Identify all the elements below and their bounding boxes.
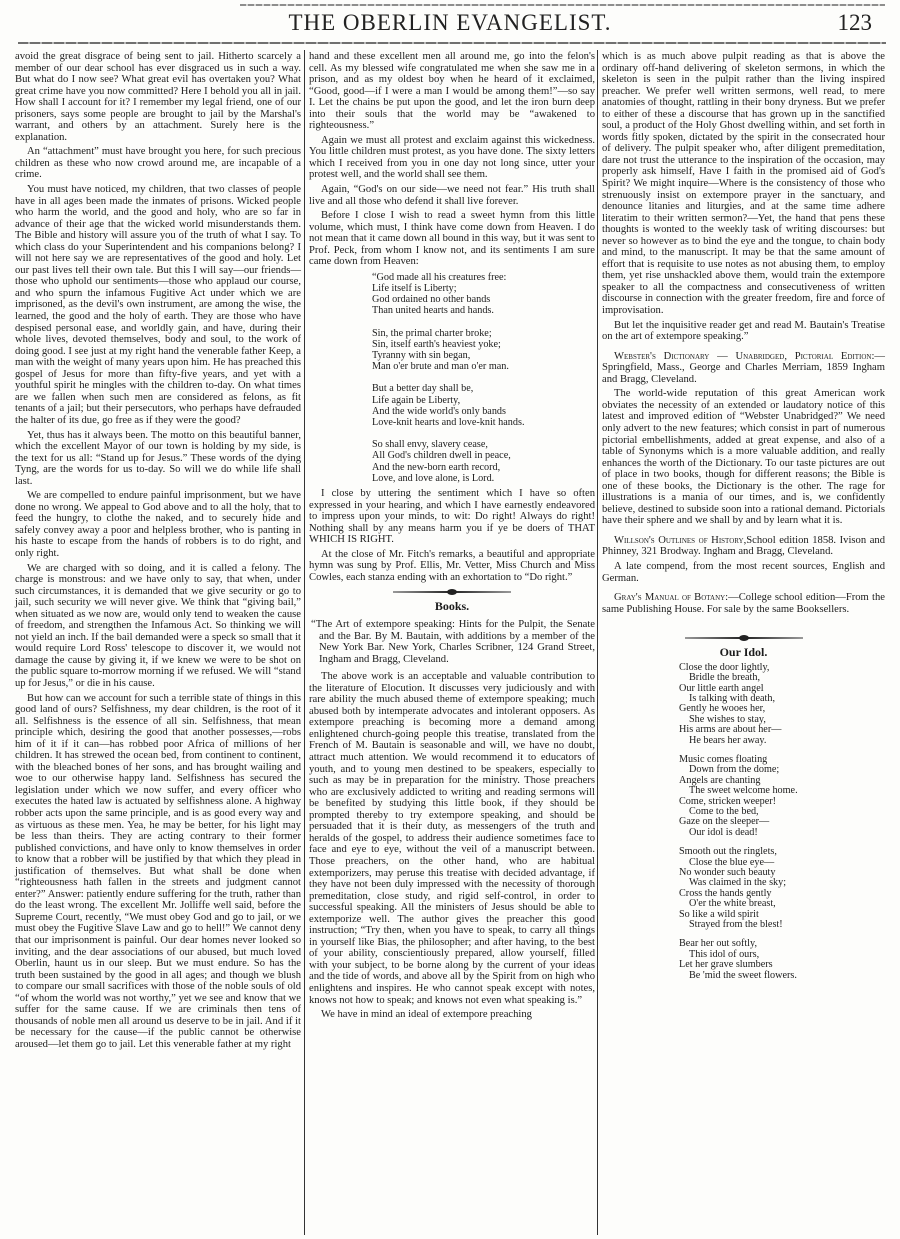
poem-stanza: Music comes floating Down from the dome;…	[679, 755, 885, 838]
paragraph: You must have noticed, my children, that…	[15, 184, 301, 426]
paragraph: At the close of Mr. Fitch's remarks, a b…	[309, 549, 595, 584]
paragraph: Before I close I wish to read a sweet hy…	[309, 210, 595, 268]
book-listing: Gray's Manual of Botany:—College school …	[602, 592, 885, 615]
verse-line: He bears her away.	[679, 736, 885, 746]
paragraph: Yet, thus has it always been. The motto …	[15, 430, 301, 488]
paragraph: We have in mind an ideal of extempore pr…	[309, 1009, 595, 1021]
verse-line: Sin, itself earth's heaviest yoke;	[372, 339, 595, 350]
column-3: which is as much above pulpit reading as…	[602, 51, 885, 990]
hymn-stanza: “God made all his creatures free: Life i…	[372, 272, 595, 317]
verse-line: Than united hearts and hands.	[372, 305, 595, 316]
paragraph: Again we must all protest and exclaim ag…	[309, 135, 595, 181]
verse-line: Love-knit hearts and love-knit hands.	[372, 417, 595, 428]
paragraph: But let the inquisitive reader get and r…	[602, 320, 885, 343]
masthead-bottom-rule	[18, 42, 886, 44]
hymn-stanza: But a better day shall be, Life again be…	[372, 383, 595, 428]
paragraph: Again, “God's on our side—we need not fe…	[309, 184, 595, 207]
column-2: hand and these excellent men all around …	[309, 51, 595, 1024]
verse-line: All God's children dwell in peace,	[372, 450, 595, 461]
paragraph: I close by uttering the sentiment which …	[309, 488, 595, 546]
book-listing: Webster's Dictionary — Unabridged, Picto…	[602, 351, 885, 386]
masthead: THE OBERLIN EVANGELIST. 123	[0, 0, 900, 48]
verse-line: Strayed from the blest!	[679, 920, 885, 930]
section-divider	[393, 591, 511, 593]
book-title: Willson's Outlines of History,	[614, 535, 746, 546]
section-divider	[685, 637, 803, 639]
poem-stanza: Bear her out softly, This idol of ours, …	[679, 939, 885, 981]
paragraph: We are compelled to endure painful impri…	[15, 490, 301, 559]
paragraph: A late compend, from the most recent sou…	[602, 561, 885, 584]
paragraph: The world-wide reputation of this great …	[602, 388, 885, 527]
column-1: avoid the great disgrace of being sent t…	[15, 51, 301, 1053]
verse-line: Be 'mid the sweet flowers.	[679, 971, 885, 981]
verse-line: And the new-born earth record,	[372, 462, 595, 473]
verse-line: Man o'er brute and man o'er man.	[372, 361, 595, 372]
paragraph: An “attachment” must have brought you he…	[15, 146, 301, 181]
verse-line: And the wide world's only bands	[372, 406, 595, 417]
masthead-top-rule	[240, 4, 885, 6]
verse-line: Life itself is Liberty;	[372, 283, 595, 294]
newspaper-title: THE OBERLIN EVANGELIST.	[0, 10, 900, 36]
book-listing: “The Art of extempore speaking: Hints fo…	[309, 619, 595, 665]
verse-line: Our idol is dead!	[679, 828, 885, 838]
verse-line: So shall envy, slavery cease,	[372, 439, 595, 450]
book-title: Gray's Manual of Botany:	[614, 592, 728, 603]
verse-line: But a better day shall be,	[372, 383, 595, 394]
verse-line: Sin, the primal charter broke;	[372, 328, 595, 339]
paragraph: The above work is an acceptable and valu…	[309, 671, 595, 1006]
paragraph: avoid the great disgrace of being sent t…	[15, 51, 301, 143]
paragraph: But how can we account for such a terrib…	[15, 693, 301, 1051]
book-listing: Willson's Outlines of History,School edi…	[602, 535, 885, 558]
hymn-stanza: So shall envy, slavery cease, All God's …	[372, 439, 595, 484]
verse-line: Bridle the breath,	[679, 673, 885, 683]
paragraph: We are charged with so doing, and it is …	[15, 563, 301, 690]
books-heading: Books.	[309, 601, 595, 613]
poem-stanza: Smooth out the ringlets, Close the blue …	[679, 847, 885, 930]
page-number: 123	[838, 10, 873, 36]
poem-stanza: Close the door lightly, Bridle the breat…	[679, 663, 885, 746]
poem-title: Our Idol.	[602, 647, 885, 659]
poem: Close the door lightly, Bridle the breat…	[679, 663, 885, 981]
hymn-stanza: Sin, the primal charter broke; Sin, itse…	[372, 328, 595, 373]
verse-line: Tyranny with sin began,	[372, 350, 595, 361]
verse-line: “God made all his creatures free:	[372, 272, 595, 283]
verse-line: Love, and love alone, is Lord.	[372, 473, 595, 484]
paragraph: hand and these excellent men all around …	[309, 51, 595, 132]
column-divider	[597, 50, 598, 1235]
paragraph: which is as much above pulpit reading as…	[602, 51, 885, 317]
verse-line: God ordained no other bands	[372, 294, 595, 305]
verse-line: Life again be Liberty,	[372, 395, 595, 406]
book-title: Webster's Dictionary — Unabridged, Picto…	[614, 351, 874, 362]
column-divider	[304, 50, 305, 1235]
hymn: “God made all his creatures free: Life i…	[372, 272, 595, 484]
verse-line: His arms are about her—	[679, 725, 885, 735]
